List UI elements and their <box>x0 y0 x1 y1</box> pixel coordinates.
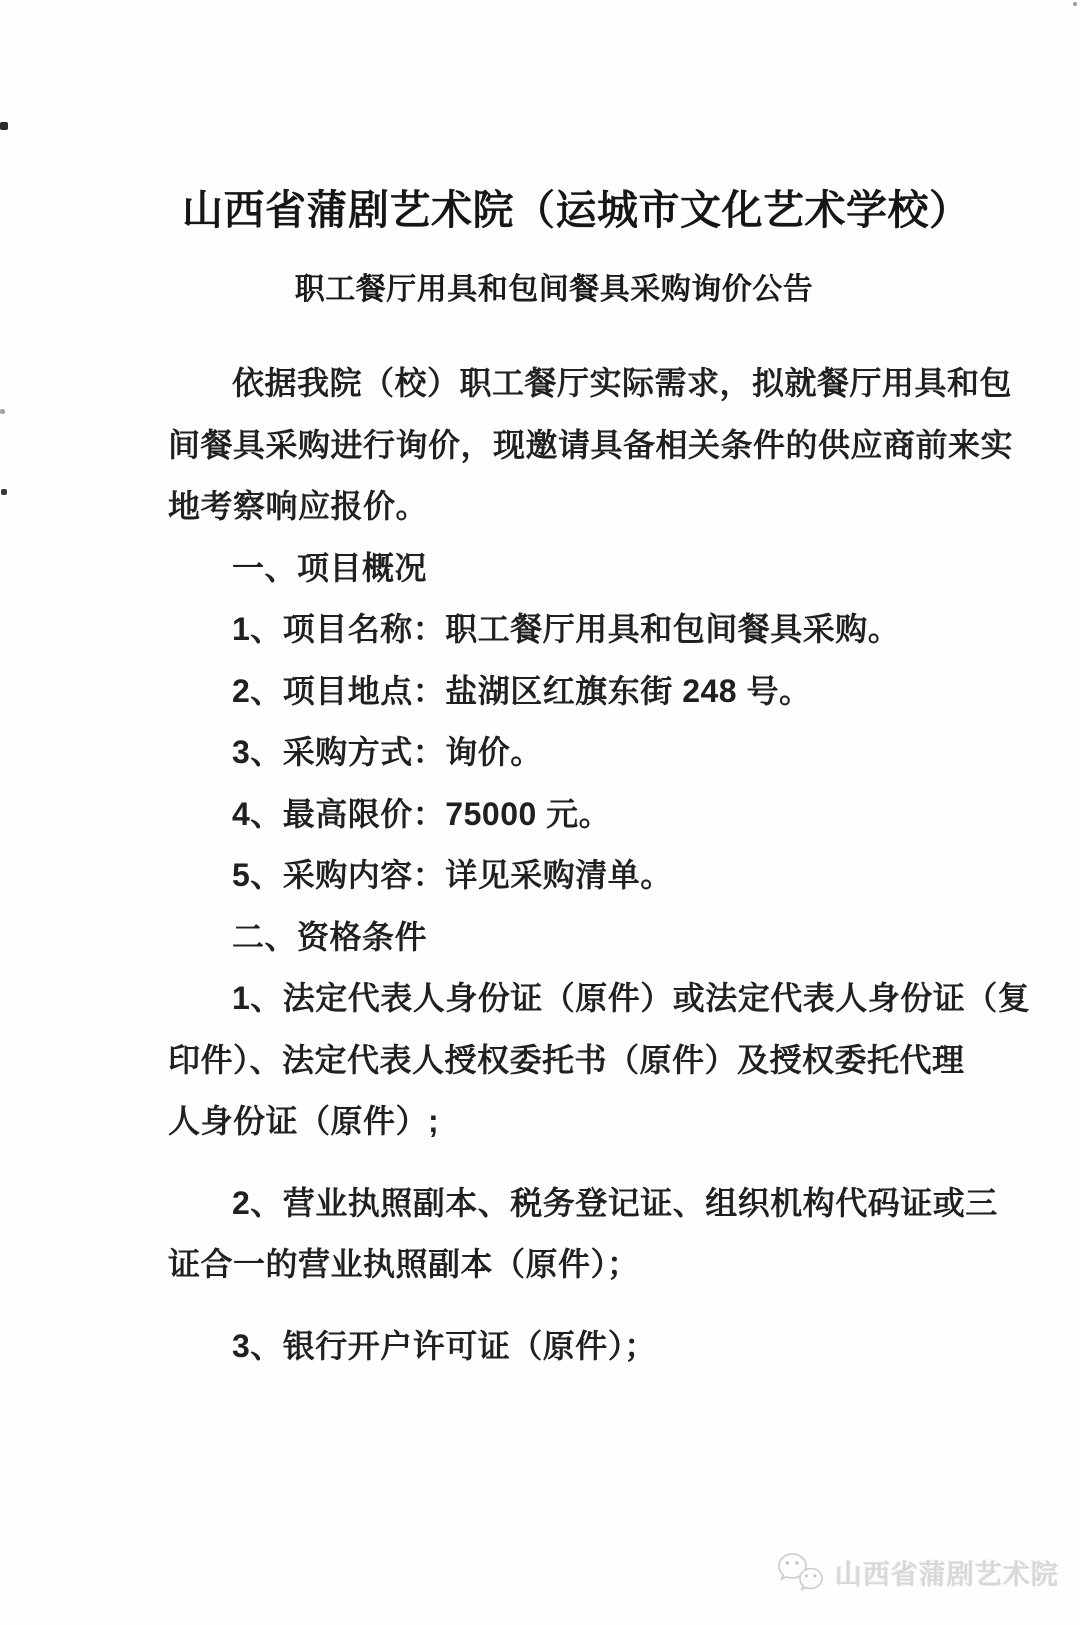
scan-artifact <box>0 122 8 130</box>
doc-line: 1、项目名称：职工餐厅用具和包间餐具采购。 <box>168 599 940 661</box>
wechat-icon <box>776 1552 826 1592</box>
doc-line: 2、项目地点：盐湖区红旗东街 248 号。 <box>168 661 940 723</box>
doc-line: 地考察响应报价。 <box>168 476 940 538</box>
doc-line: 2、营业执照副本、税务登记证、组织机构代码证或三 <box>168 1173 940 1235</box>
watermark: 山西省蒲剧艺术院 <box>776 1550 1059 1594</box>
document-title: 山西省蒲剧艺术院（运城市文化艺术学校） <box>168 184 954 236</box>
doc-line: 依据我院（校）职工餐厅实际需求，拟就餐厅用具和包 <box>168 353 940 415</box>
doc-line: 3、银行开户许可证（原件）； <box>168 1316 940 1378</box>
doc-line: 二、资格条件 <box>168 907 940 969</box>
doc-line: 印件）、法定代表人授权委托书（原件）及授权委托代理 <box>168 1030 940 1092</box>
doc-line: 1、法定代表人身份证（原件）或法定代表人身份证（复 <box>168 968 940 1030</box>
scan-artifact <box>0 409 5 414</box>
doc-line: 5、采购内容：详见采购清单。 <box>168 845 940 907</box>
doc-line: 证合一的营业执照副本（原件）； <box>168 1234 940 1296</box>
doc-line: 间餐具采购进行询价，现邀请具备相关条件的供应商前来实 <box>168 415 940 477</box>
scan-artifact <box>1073 2 1077 6</box>
document-subtitle: 职工餐厅用具和包间餐具采购询价公告 <box>168 270 940 310</box>
document-body: 依据我院（校）职工餐厅实际需求，拟就餐厅用具和包间餐具采购进行询价，现邀请具备相… <box>168 353 940 1377</box>
doc-line: 4、最高限价：75000 元。 <box>168 784 940 846</box>
scan-artifact <box>1 489 7 495</box>
doc-line: 3、采购方式：询价。 <box>168 722 940 784</box>
doc-line: 人身份证（原件）; <box>168 1091 940 1153</box>
scanned-document-page: 山西省蒲剧艺术院（运城市文化艺术学校） 职工餐厅用具和包间餐具采购询价公告 依据… <box>0 0 1080 1625</box>
doc-line: 一、项目概况 <box>168 538 940 600</box>
watermark-label: 山西省蒲剧艺术院 <box>835 1553 1059 1592</box>
